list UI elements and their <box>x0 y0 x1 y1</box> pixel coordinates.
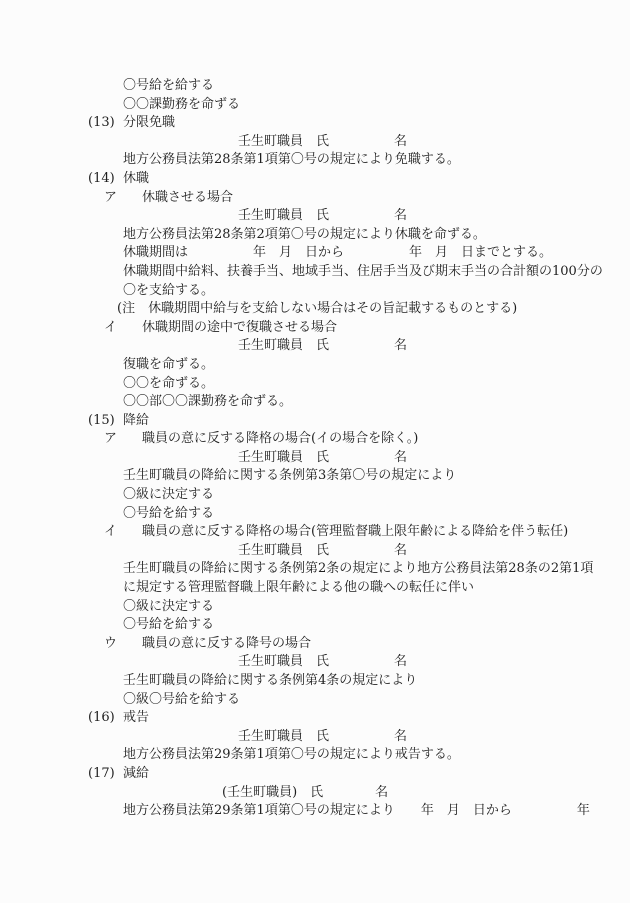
text-line: 〇級に決定する <box>0 486 630 505</box>
name-field-line: 壬生町職員 氏 名 <box>0 542 630 561</box>
section-line: (16)戒告 <box>0 709 630 728</box>
text-line: 復職を命ずる。 <box>0 356 630 375</box>
sub-item-line: ア職員の意に反する降格の場合(イの場合を除く。) <box>0 430 630 449</box>
sub-item-line: ウ職員の意に反する降号の場合 <box>0 635 630 654</box>
text-line: 壬生町職員の降給に関する条例第2条の規定により地方公務員法第28条の2第1項 <box>0 560 630 579</box>
text-line: 〇号給を給する <box>0 77 630 96</box>
text-line: 壬生町職員の降給に関する条例第3条第〇号の規定により <box>0 467 630 486</box>
sub-item-title: 休職させる場合 <box>142 190 233 205</box>
text-line: (注 休職期間中給与を支給しない場合はその旨記載するものとする) <box>0 300 630 319</box>
text-line: 〇〇を命ずる。 <box>0 375 630 394</box>
text-line: 〇を支給する。 <box>0 282 630 301</box>
name-field-line: 壬生町職員 氏 名 <box>0 653 630 672</box>
section-line: (13)分限免職 <box>0 114 630 133</box>
text-line: 〇号給を給する <box>0 505 630 524</box>
text-line: 〇〇部〇〇課勤務を命ずる。 <box>0 393 630 412</box>
text-line: 〇〇課勤務を命ずる <box>0 96 630 115</box>
text-line: 地方公務員法第29条第1項第〇号の規定により 年 月 日から 年 <box>0 802 630 821</box>
sub-item-marker: イ <box>104 319 142 338</box>
sub-item-title: 職員の意に反する降格の場合(管理監督職上限年齢による降給を伴う転任) <box>142 524 568 539</box>
text-line: 〇号給を給する <box>0 616 630 635</box>
text-line: 〇級に決定する <box>0 598 630 617</box>
text-line: 地方公務員法第28条第1項第〇号の規定により免職する。 <box>0 151 630 170</box>
section-number: (14) <box>88 170 123 189</box>
name-field-line: 壬生町職員 氏 名 <box>0 337 630 356</box>
text-line: 壬生町職員の降給に関する条例第4条の規定により <box>0 672 630 691</box>
section-number: (15) <box>88 412 123 431</box>
section-title: 分限免職 <box>123 115 175 130</box>
section-title: 戒告 <box>123 710 149 725</box>
section-number: (17) <box>88 765 123 784</box>
name-field-line: (壬生町職員) 氏 名 <box>0 784 630 803</box>
text-line: 地方公務員法第28条第2項第〇号の規定により休職を命ずる。 <box>0 226 630 245</box>
section-line: (17)減給 <box>0 765 630 784</box>
name-field-line: 壬生町職員 氏 名 <box>0 207 630 226</box>
sub-item-line: イ職員の意に反する降格の場合(管理監督職上限年齢による降給を伴う転任) <box>0 523 630 542</box>
document-lines: 〇号給を給する〇〇課勤務を命ずる(13)分限免職壬生町職員 氏 名地方公務員法第… <box>0 0 630 821</box>
section-title: 降給 <box>123 413 149 428</box>
section-number: (13) <box>88 114 123 133</box>
sub-item-line: イ休職期間の途中で復職させる場合 <box>0 319 630 338</box>
text-line: 休職期間は 年 月 日から 年 月 日までとする。 <box>0 244 630 263</box>
document-page: 〇号給を給する〇〇課勤務を命ずる(13)分限免職壬生町職員 氏 名地方公務員法第… <box>0 0 630 903</box>
sub-item-marker: ア <box>104 430 142 449</box>
text-line: 〇級〇号給を給する <box>0 691 630 710</box>
section-title: 休職 <box>123 171 149 186</box>
sub-item-title: 職員の意に反する降号の場合 <box>142 636 311 651</box>
text-line: 地方公務員法第29条第1項第〇号の規定により戒告する。 <box>0 746 630 765</box>
text-line: に規定する管理監督職上限年齢による他の職への転任に伴い <box>0 579 630 598</box>
sub-item-title: 職員の意に反する降格の場合(イの場合を除く。) <box>142 431 418 446</box>
text-line: 休職期間中給料、扶養手当、地域手当、住居手当及び期末手当の合計額の100分の <box>0 263 630 282</box>
name-field-line: 壬生町職員 氏 名 <box>0 133 630 152</box>
name-field-line: 壬生町職員 氏 名 <box>0 728 630 747</box>
sub-item-marker: ア <box>104 189 142 208</box>
sub-item-title: 休職期間の途中で復職させる場合 <box>142 320 337 335</box>
sub-item-marker: ウ <box>104 635 142 654</box>
name-field-line: 壬生町職員 氏 名 <box>0 449 630 468</box>
sub-item-marker: イ <box>104 523 142 542</box>
section-number: (16) <box>88 709 123 728</box>
section-title: 減給 <box>123 766 149 781</box>
section-line: (14)休職 <box>0 170 630 189</box>
section-line: (15)降給 <box>0 412 630 431</box>
sub-item-line: ア休職させる場合 <box>0 189 630 208</box>
